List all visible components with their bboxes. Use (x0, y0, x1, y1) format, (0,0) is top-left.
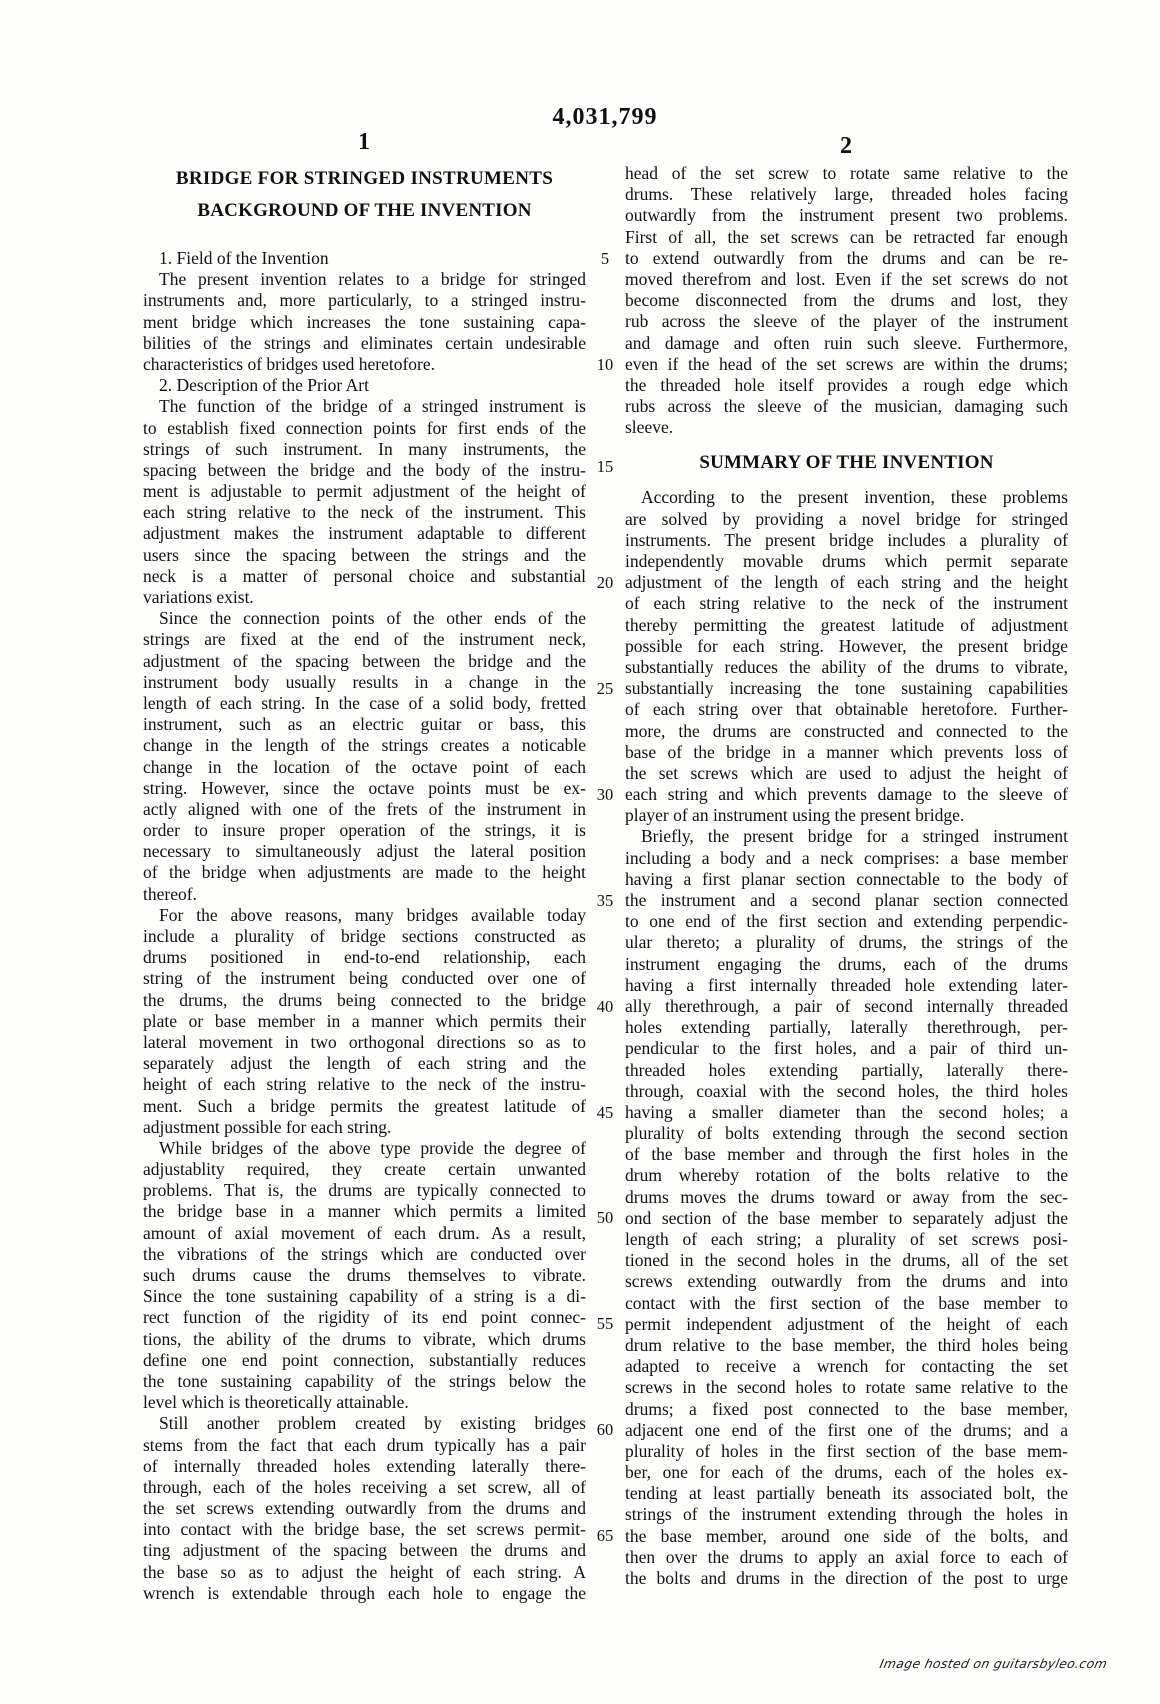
text-line: instruments. The present bridge includes… (625, 530, 1068, 551)
text-line: through, each of the holes receiving a s… (143, 1477, 586, 1498)
text-line: instrument, such as an electric guitar o… (143, 714, 586, 735)
text-line: thereof. (143, 884, 586, 905)
text-line: having a first internally threaded hole … (625, 975, 1068, 996)
column-1: BRIDGE FOR STRINGED INSTRUMENTS BACKGROU… (143, 168, 586, 1604)
text-line: holes extending partially, laterally the… (625, 1017, 1068, 1038)
text-line: rubs across the sleeve of the musician, … (625, 396, 1068, 417)
text-line: The present invention relates to a bridg… (143, 269, 586, 290)
text-line: screws in the second holes to rotate sam… (625, 1377, 1068, 1398)
patent-page: 4,031,799 1 2 BRIDGE FOR STRINGED INSTRU… (0, 0, 1160, 1704)
text-line: wrench is extendable through each hole t… (143, 1583, 586, 1604)
text-line: drums moves the drums toward or away fro… (625, 1187, 1068, 1208)
text-line: through, coaxial with the second holes, … (625, 1081, 1068, 1102)
text-line: more, the drums are constructed and conn… (625, 721, 1068, 742)
text-line: the bridge base in a manner which permit… (143, 1201, 586, 1222)
text-line: bilities of the strings and eliminates c… (143, 333, 586, 354)
text-line: such drums cause the drums themselves to… (143, 1265, 586, 1286)
sub-section-heading: 2. Description of the Prior Art (143, 375, 586, 396)
text-line: thereby permitting the greatest latitude… (625, 615, 1068, 636)
text-line: The function of the bridge of a stringed… (143, 396, 586, 417)
text-line: ally therethrough, a pair of second inte… (625, 996, 1068, 1017)
text-line: instrument engaging the drums, each of t… (625, 954, 1068, 975)
text-line: length of each string; a plurality of se… (625, 1229, 1068, 1250)
column-1-text: 1. Field of the InventionThe present inv… (143, 248, 586, 1604)
text-line: become disconnected from the drums and l… (625, 290, 1068, 311)
text-line: the bolts and drums in the direction of … (625, 1568, 1068, 1589)
text-line: are solved by providing a novel bridge f… (625, 509, 1068, 530)
text-line: First of all, the set screws can be retr… (625, 227, 1068, 248)
text-line: plate or base member in a manner which p… (143, 1011, 586, 1032)
text-line: lateral movement in two orthogonal direc… (143, 1032, 586, 1053)
text-line: adjustablity required, they create certa… (143, 1159, 586, 1180)
column-1-number: 1 (344, 129, 384, 156)
text-line: height of each string relative to the ne… (143, 1074, 586, 1095)
text-line: adapted to receive a wrench for contacti… (625, 1356, 1068, 1377)
text-line: ber, one for each of the drums, each of … (625, 1462, 1068, 1483)
text-line: outwardly from the instrument present tw… (625, 205, 1068, 226)
text-line: drum relative to the base member, the th… (625, 1335, 1068, 1356)
text-line: rect function of the rigidity of its end… (143, 1307, 586, 1328)
line-number: 25 (588, 678, 622, 699)
text-line: adjustment of the length of each string … (625, 572, 1068, 593)
text-line: strings of such instrument. In many inst… (143, 439, 586, 460)
text-line: head of the set screw to rotate same rel… (625, 163, 1068, 184)
text-line: the set screws extending outwardly from … (143, 1498, 586, 1519)
text-line: According to the present invention, thes… (625, 487, 1068, 508)
text-line: ting adjustment of the spacing between t… (143, 1540, 586, 1561)
text-line: and damage and often ruin such sleeve. F… (625, 333, 1068, 354)
text-line: instrument body usually results in a cha… (143, 672, 586, 693)
text-line: of each string relative to the neck of t… (625, 593, 1068, 614)
text-line: into contact with the bridge base, the s… (143, 1519, 586, 1540)
line-number: 20 (588, 572, 622, 593)
text-line: ular thereto; a plurality of drums, the … (625, 932, 1068, 953)
text-line: adjustment possible for each string. (143, 1117, 586, 1138)
text-line: users since the spacing between the stri… (143, 545, 586, 566)
text-line: strings are fixed at the end of the inst… (143, 629, 586, 650)
column-2-text: head of the set screw to rotate same rel… (625, 163, 1068, 1589)
text-line: amount of axial movement of each drum. A… (143, 1223, 586, 1244)
text-line: each string relative to the neck of the … (143, 502, 586, 523)
column-2-number: 2 (826, 133, 866, 160)
text-line: sleeve. (625, 417, 1068, 438)
line-number: 35 (588, 890, 622, 911)
watermark: Image hosted on guitarsbyleo.com (878, 1656, 1071, 1671)
text-line: change in the location of the octave poi… (143, 757, 586, 778)
text-line: adjacent one end of the first one of the… (625, 1420, 1068, 1441)
line-number: 5 (588, 248, 622, 269)
text-line: base of the bridge in a manner which pre… (625, 742, 1068, 763)
line-number: 60 (588, 1419, 622, 1440)
line-number: 55 (588, 1313, 622, 1334)
line-number: 15 (588, 456, 622, 477)
text-line: actly aligned with one of the frets of t… (143, 799, 586, 820)
text-line: each string and which prevents damage to… (625, 784, 1068, 805)
text-line: substantially reduces the ability of the… (625, 657, 1068, 678)
text-line: length of each string. In the case of a … (143, 693, 586, 714)
text-line: the drums, the drums being connected to … (143, 990, 586, 1011)
text-line: While bridges of the above type provide … (143, 1138, 586, 1159)
text-line: Since the tone sustaining capability of … (143, 1286, 586, 1307)
text-line: including a body and a neck comprises: a… (625, 848, 1068, 869)
text-line: define one end point connection, substan… (143, 1350, 586, 1371)
text-line: include a plurality of bridge sections c… (143, 926, 586, 947)
text-line: ment is adjustable to permit adjustment … (143, 481, 586, 502)
text-line: plurality of holes in the first section … (625, 1441, 1068, 1462)
text-line: drums positioned in end-to-end relations… (143, 947, 586, 968)
text-line: having a first planar section connectabl… (625, 869, 1068, 890)
text-line: drums. These relatively large, threaded … (625, 184, 1068, 205)
line-number: 65 (588, 1525, 622, 1546)
text-line: plurality of bolts extending through the… (625, 1123, 1068, 1144)
text-line: even if the head of the set screws are w… (625, 354, 1068, 375)
text-line: substantially increasing the tone sustai… (625, 678, 1068, 699)
text-line: moved therefrom and lost. Even if the se… (625, 269, 1068, 290)
text-line: stems from the fact that each drum typic… (143, 1435, 586, 1456)
text-line: threaded holes extending partially, late… (625, 1060, 1068, 1081)
text-line: Since the connection points of the other… (143, 608, 586, 629)
text-line: ond section of the base member to separa… (625, 1208, 1068, 1229)
text-line: permit independent adjustment of the hei… (625, 1314, 1068, 1335)
text-line: player of an instrument using the presen… (625, 805, 1068, 826)
text-line: drums; a fixed post connected to the bas… (625, 1399, 1068, 1420)
line-number: 30 (588, 784, 622, 805)
text-line: For the above reasons, many bridges avai… (143, 905, 586, 926)
invention-title: BRIDGE FOR STRINGED INSTRUMENTS (143, 168, 586, 190)
text-line: contact with the first section of the ba… (625, 1293, 1068, 1314)
text-line: Briefly, the present bridge for a string… (625, 826, 1068, 847)
sub-section-heading: 1. Field of the Invention (143, 248, 586, 269)
text-line: change in the length of the strings crea… (143, 735, 586, 756)
background-heading: BACKGROUND OF THE INVENTION (143, 200, 586, 222)
text-line: the instrument and a second planar secti… (625, 890, 1068, 911)
text-line: ment. Such a bridge permits the greatest… (143, 1096, 586, 1117)
text-line: level which is theoretically attainable. (143, 1392, 586, 1413)
text-line: screws extending outwardly from the drum… (625, 1271, 1068, 1292)
text-line: adjustment of the spacing between the br… (143, 651, 586, 672)
line-number: 50 (588, 1207, 622, 1228)
text-line: string. However, since the octave points… (143, 778, 586, 799)
text-line: drum whereby rotation of the bolts relat… (625, 1165, 1068, 1186)
text-line: possible for each string. However, the p… (625, 636, 1068, 657)
summary-heading: SUMMARY OF THE INVENTION (625, 452, 1068, 474)
text-line: the threaded hole itself provides a roug… (625, 375, 1068, 396)
text-line: to establish fixed connection points for… (143, 418, 586, 439)
text-line: tions, the ability of the drums to vibra… (143, 1329, 586, 1350)
text-line: ment bridge which increases the tone sus… (143, 312, 586, 333)
text-line: problems. That is, the drums are typical… (143, 1180, 586, 1201)
text-line: separately adjust the length of each str… (143, 1053, 586, 1074)
text-line: tioned in the second holes in the drums,… (625, 1250, 1068, 1271)
text-line: of each string over that obtainable here… (625, 699, 1068, 720)
text-line: the vibrations of the strings which are … (143, 1244, 586, 1265)
text-line: variations exist. (143, 587, 586, 608)
text-line: the base so as to adjust the height of e… (143, 1562, 586, 1583)
text-line: instruments and, more particularly, to a… (143, 290, 586, 311)
text-line: independently movable drums which permit… (625, 551, 1068, 572)
text-line: to one end of the first section and exte… (625, 911, 1068, 932)
text-line: adjustment makes the instrument adaptabl… (143, 523, 586, 544)
text-line: the tone sustaining capability of the st… (143, 1371, 586, 1392)
text-line: then over the drums to apply an axial fo… (625, 1547, 1068, 1568)
text-line: pendicular to the first holes, and a pai… (625, 1038, 1068, 1059)
line-number: 10 (588, 354, 622, 375)
line-number: 40 (588, 996, 622, 1017)
line-number: 45 (588, 1102, 622, 1123)
text-line: rub across the sleeve of the player of t… (625, 311, 1068, 332)
text-line: spacing between the bridge and the body … (143, 460, 586, 481)
text-line: necessary to simultaneously adjust the l… (143, 841, 586, 862)
text-line: of the bridge when adjustments are made … (143, 862, 586, 883)
text-line: having a smaller diameter than the secon… (625, 1102, 1068, 1123)
text-line: neck is a matter of personal choice and … (143, 566, 586, 587)
text-line: string of the instrument being conducted… (143, 968, 586, 989)
patent-number: 4,031,799 (455, 104, 755, 131)
text-line: order to insure proper operation of the … (143, 820, 586, 841)
text-line: of internally threaded holes extending l… (143, 1456, 586, 1477)
text-line: Still another problem created by existin… (143, 1413, 586, 1434)
text-line: to extend outwardly from the drums and c… (625, 248, 1068, 269)
text-line: the base member, around one side of the … (625, 1526, 1068, 1547)
text-line: tending at least partially beneath its a… (625, 1483, 1068, 1504)
column-2: head of the set screw to rotate same rel… (625, 163, 1068, 1589)
text-line: of the base member and through the first… (625, 1144, 1068, 1165)
text-line: the set screws which are used to adjust … (625, 763, 1068, 784)
text-line: characteristics of bridges used heretofo… (143, 354, 586, 375)
text-line: strings of the instrument extending thro… (625, 1504, 1068, 1525)
